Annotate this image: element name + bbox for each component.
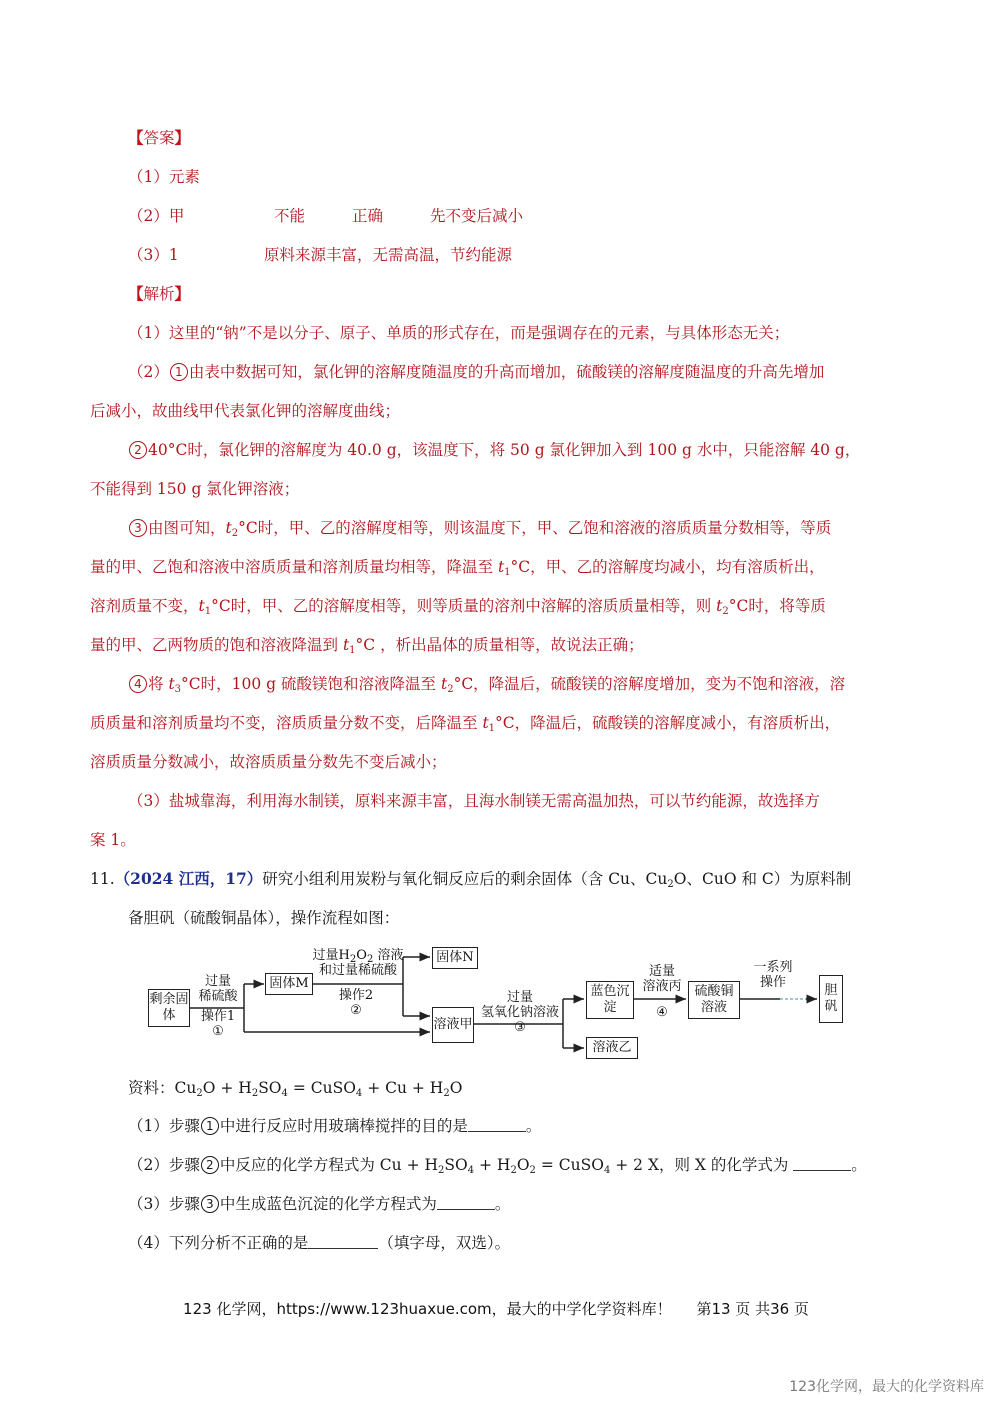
question-number: 11.	[90, 870, 115, 888]
answer-item-2: （2）甲 不能 正确 先不变后减小	[128, 205, 184, 227]
label-op2: 操作2②	[332, 988, 380, 1018]
footer-site-text: 123 化学网，https://www.123huaxue.com，最大的中学化…	[183, 1300, 672, 1318]
node-solid-n: 固体N	[432, 947, 478, 969]
analysis-p3-line2: 不能得到 150 g 氯化钾溶液；	[90, 478, 299, 500]
node-solution-a: 溶液甲	[432, 1007, 474, 1043]
document-page: 【答案】 （1）元素 （2）甲 不能 正确 先不变后减小 （3）1 原料来源丰富…	[0, 0, 992, 1403]
analysis-p4-line1: 3由图可知，t2°C时，甲、乙的溶解度相等，则该温度下，甲、乙饱和溶液的溶质质量…	[128, 517, 831, 539]
analysis-p5-line1: 4将 t3°C时，100 g 硫酸镁饱和溶液降温至 t2°C，降温后，硫酸镁的溶…	[128, 673, 845, 695]
sub-question-3: （3）步骤3中生成蓝色沉淀的化学方程式为。	[128, 1193, 510, 1215]
label-op1: 操作1①	[196, 1009, 240, 1039]
answer-item-1: （1）元素	[128, 166, 200, 188]
answer-blank-4[interactable]	[308, 1234, 378, 1249]
label-op4-reagent: 适量溶液丙	[640, 964, 684, 994]
node-copper-sulfate-solution: 硫酸铜溶液	[688, 981, 740, 1019]
analysis-heading: 【解析】	[128, 283, 190, 305]
process-flowchart: 剩余固体 固体M 固体N 溶液甲 蓝色沉淀 溶液乙 硫酸铜溶液 胆矾 过量稀硫酸…	[140, 938, 860, 1068]
node-solution-b: 溶液乙	[586, 1037, 638, 1059]
answer-blank-1[interactable]	[468, 1117, 526, 1132]
label-op3: 过量氢氧化钠溶液③	[476, 990, 564, 1035]
node-residual-solid: 剩余固体	[148, 989, 190, 1027]
analysis-p6-line2: 案 1。	[90, 829, 136, 851]
analysis-p4-line2: 量的甲、乙饱和溶液中溶质质量和溶剂质量均相等，降温至 t1°C，甲、乙的溶解度均…	[90, 556, 825, 578]
analysis-p1: （1）这里的“钠”不是以分子、原子、单质的形式存在，而是强调存在的元素，与具体形…	[128, 322, 789, 344]
answer-blank-3[interactable]	[437, 1195, 495, 1210]
label-op5: 一系列操作	[750, 960, 796, 990]
node-solid-m: 固体M	[265, 973, 313, 995]
analysis-p6-line1: （3）盐城靠海，利用海水制镁，原料来源丰富，且海水制镁无需高温加热，可以节约能源…	[128, 790, 820, 812]
analysis-p5-line2: 质质量和溶剂质量均不变，溶质质量分数不变，后降温至 t1°C，降温后，硫酸镁的溶…	[90, 712, 840, 734]
analysis-p4-line3: 溶剂质量不变，t1°C时，甲、乙的溶解度相等，则等质量的溶剂中溶解的溶质质量相等…	[90, 595, 826, 617]
answer-item-3: （3）1 原料来源丰富，无需高温，节约能源	[128, 244, 179, 266]
answer-heading: 【答案】	[128, 127, 190, 149]
reference-material: 资料：Cu2O + H2SO4 = CuSO4 + Cu + H2O	[128, 1077, 462, 1099]
analysis-p3-line1: 240°C时，氯化钾的溶解度为 40.0 g，该温度下，将 50 g 氯化钾加入…	[128, 439, 860, 461]
watermark: 123化学网，最大的化学资料库	[789, 1376, 984, 1396]
sub-question-4: （4）下列分析不正确的是（填字母，双选）。	[128, 1232, 510, 1254]
answer-blank-2[interactable]	[793, 1156, 851, 1171]
sub-question-2: （2）步骤2中反应的化学方程式为 Cu + H2SO4 + H2O2 = CuS…	[128, 1154, 867, 1176]
question-source: （2024 江西，17）	[115, 869, 263, 888]
question-11-stem-line2: 备胆矾（硫酸铜晶体），操作流程如图：	[128, 907, 399, 929]
sub-question-1: （1）步骤1中进行反应时用玻璃棒搅拌的目的是。	[128, 1115, 541, 1137]
analysis-p2-line1: （2）1由表中数据可知，氯化钾的溶解度随温度的升高而增加，硫酸镁的溶解度随温度的…	[128, 361, 824, 383]
question-11-stem-line1: 11.（2024 江西，17）研究小组利用炭粉与氧化铜反应后的剩余固体（含 Cu…	[90, 868, 851, 890]
analysis-p5-line3: 溶质质量分数减小，故溶质质量分数先不变后减小；	[90, 751, 447, 773]
node-blue-precipitate: 蓝色沉淀	[586, 981, 634, 1019]
node-blue-vitriol: 胆矾	[819, 975, 843, 1023]
page-number: 第13 页 共36 页	[696, 1300, 808, 1318]
label-op4-step: ④	[644, 1005, 680, 1020]
analysis-p2-line2: 后减小，故曲线甲代表氯化钾的溶解度曲线；	[90, 400, 400, 422]
label-op1-reagent: 过量稀硫酸	[198, 974, 238, 1004]
analysis-p4-line4: 量的甲、乙两物质的饱和溶液降温到 t1°C ，析出晶体的质量相等，故说法正确；	[90, 634, 644, 656]
page-footer: 123 化学网，https://www.123huaxue.com，最大的中学化…	[0, 1298, 992, 1319]
label-op2-reagent: 过量H2O2 溶液 和过量稀硫酸	[312, 948, 404, 978]
